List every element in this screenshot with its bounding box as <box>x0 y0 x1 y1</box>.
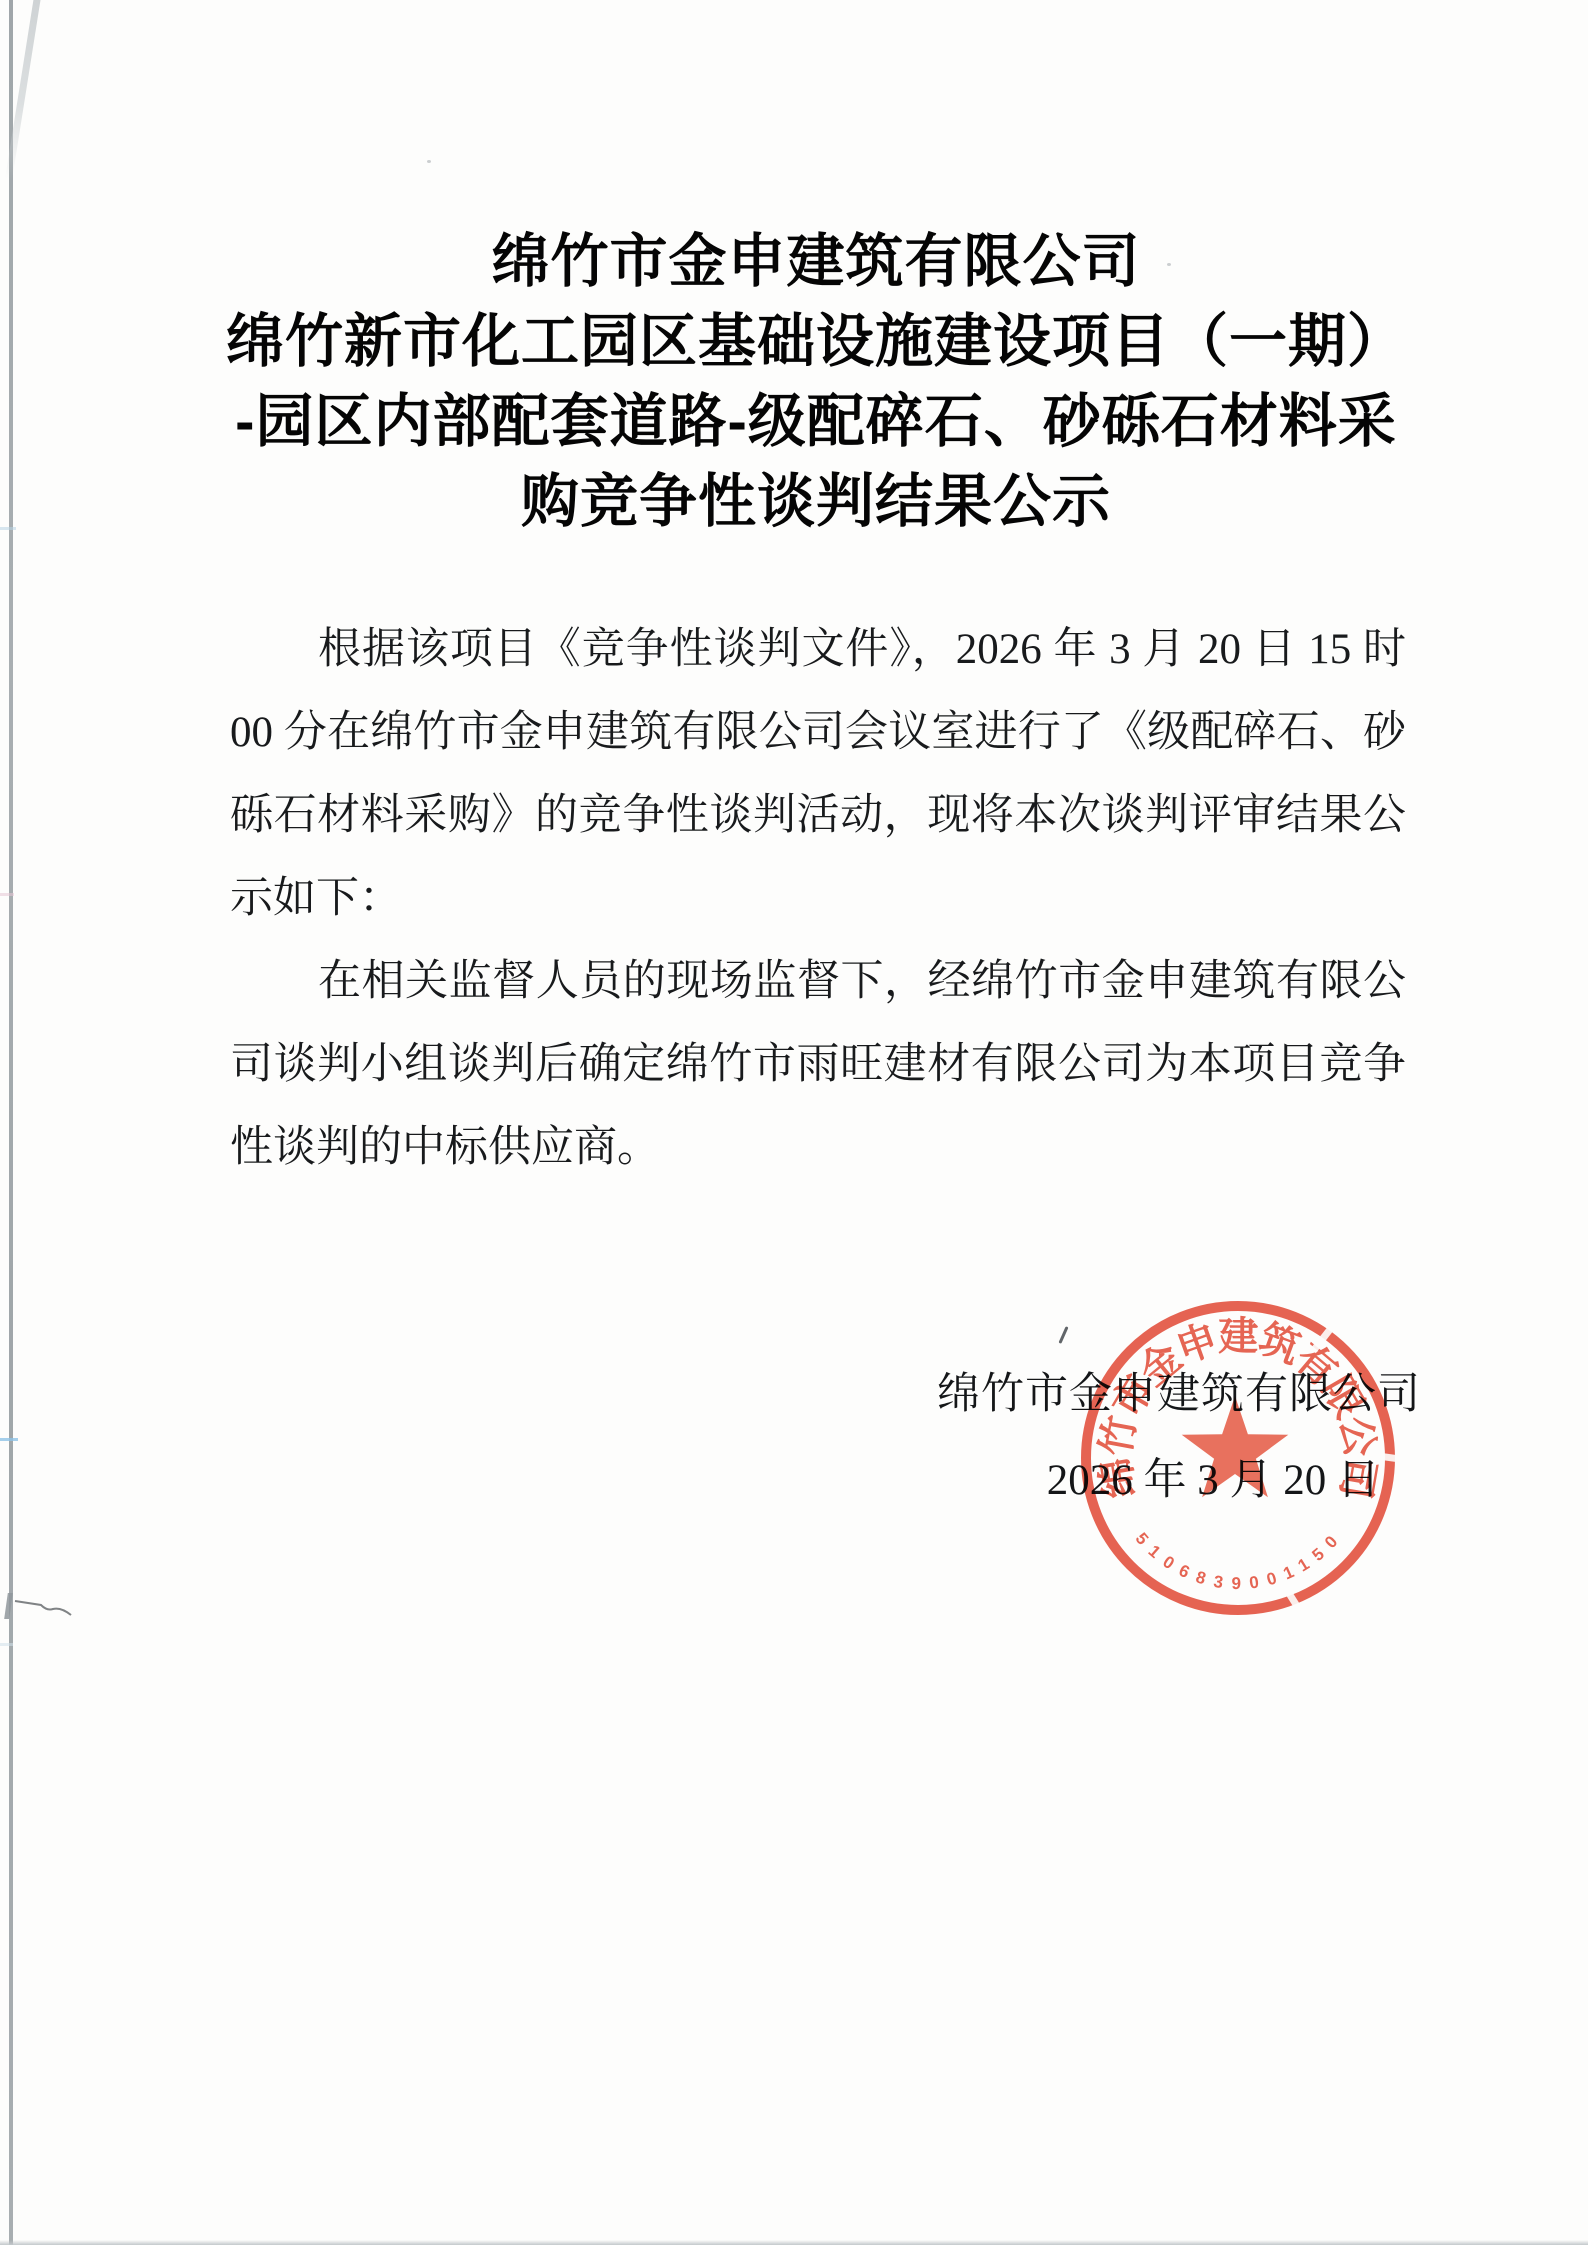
company-seal-stamp: 绵竹市金申建筑有限公司 5106839001150 <box>1068 1288 1408 1628</box>
scan-speck <box>427 160 431 163</box>
body-line: 司谈判小组谈判后确定绵竹市雨旺建材有限公司为本项目竞争 <box>230 1023 1406 1106</box>
body-line: 在相关监督人员的现场监督下，经绵竹市金申建筑有限公 <box>230 940 1406 1023</box>
document-title: 绵竹市金申建筑有限公司 绵竹新市化工园区基础设施建设项目（一期） -园区内部配套… <box>44 222 1588 542</box>
document-body: 根据该项目《竞争性谈判文件》，2026 年 3 月 20 日 15 时 00 分… <box>230 608 1406 1189</box>
title-line-3: -园区内部配套道路-级配碎石、砂砾石材料采 <box>44 382 1588 462</box>
title-line-2: 绵竹新市化工园区基础设施建设项目（一期） <box>44 302 1588 382</box>
scan-color-streak <box>0 893 14 896</box>
body-line: 性谈判的中标供应商。 <box>230 1106 1406 1189</box>
scanned-document-page: 绵竹市金申建筑有限公司 绵竹新市化工园区基础设施建设项目（一期） -园区内部配套… <box>0 0 1588 2245</box>
body-line: 00 分在绵竹市金申建筑有限公司会议室进行了《级配碎石、砂 <box>230 691 1406 774</box>
scan-edge-line <box>9 0 13 2245</box>
scan-color-streak <box>0 1438 18 1441</box>
title-line-4: 购竞争性谈判结果公示 <box>44 462 1588 542</box>
scan-color-streak <box>0 527 16 530</box>
body-line: 根据该项目《竞争性谈判文件》，2026 年 3 月 20 日 15 时 <box>230 608 1406 691</box>
scan-bottom-edge <box>0 2240 1588 2245</box>
body-line: 示如下： <box>230 857 1406 940</box>
body-line: 砾石材料采购》的竞争性谈判活动，现将本次谈判评审结果公 <box>230 774 1406 857</box>
seal-star-icon <box>1182 1396 1289 1497</box>
seal-code-arc-text: 5106839001150 <box>1132 1529 1343 1593</box>
scan-color-streak <box>0 1643 13 1646</box>
title-line-1: 绵竹市金申建筑有限公司 <box>44 222 1588 302</box>
scan-hair-squiggle <box>13 1595 83 1625</box>
